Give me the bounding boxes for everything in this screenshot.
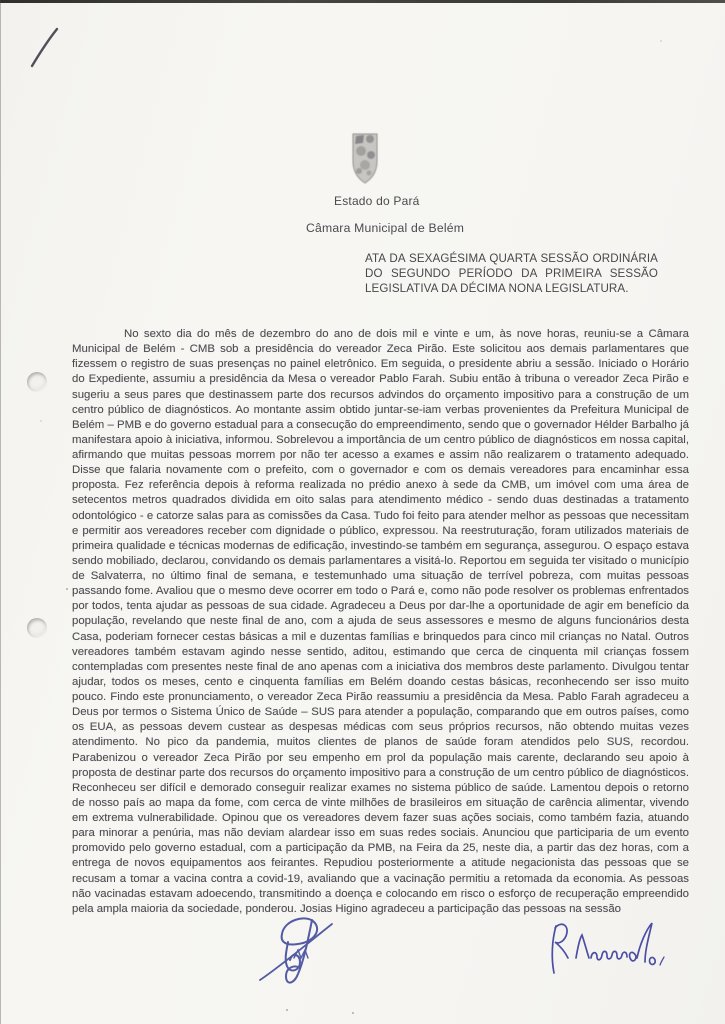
paper-speck <box>66 588 68 590</box>
session-title-line: ATA DA SEXAGÉSIMA QUARTA SESSÃO ORDINÁRI… <box>365 251 658 266</box>
signature-right <box>542 918 672 980</box>
session-title-line: DO SEGUNDO PERÍODO DA PRIMEIRA SESSÃO <box>365 266 658 281</box>
institution-name: Câmara Municipal de Belém <box>306 221 464 235</box>
para-coat-of-arms-emblem-icon <box>350 131 380 185</box>
scanned-minutes-page: Estado do Pará Câmara Municipal de Belém… <box>0 0 725 1024</box>
paper-speck <box>40 420 42 422</box>
hole-punch-icon <box>27 372 47 392</box>
hole-punch-icon <box>27 618 47 638</box>
session-title-block: ATA DA SEXAGÉSIMA QUARTA SESSÃO ORDINÁRI… <box>365 251 658 296</box>
state-name: Estado do Pará <box>334 194 420 208</box>
minutes-body-text: No sexto dia do mês de dezembro do ano d… <box>72 327 689 917</box>
pen-slash-mark-icon <box>28 25 62 69</box>
paper-speck <box>286 1009 288 1011</box>
scan-left-edge <box>0 0 1 1024</box>
signature-left <box>254 912 364 1012</box>
scan-top-edge <box>0 0 725 3</box>
paper-speck <box>352 1012 354 1014</box>
paper-speck <box>660 40 662 42</box>
session-title-line: LEGISLATIVA DA DÉCIMA NONA LEGISLATURA. <box>365 281 658 296</box>
